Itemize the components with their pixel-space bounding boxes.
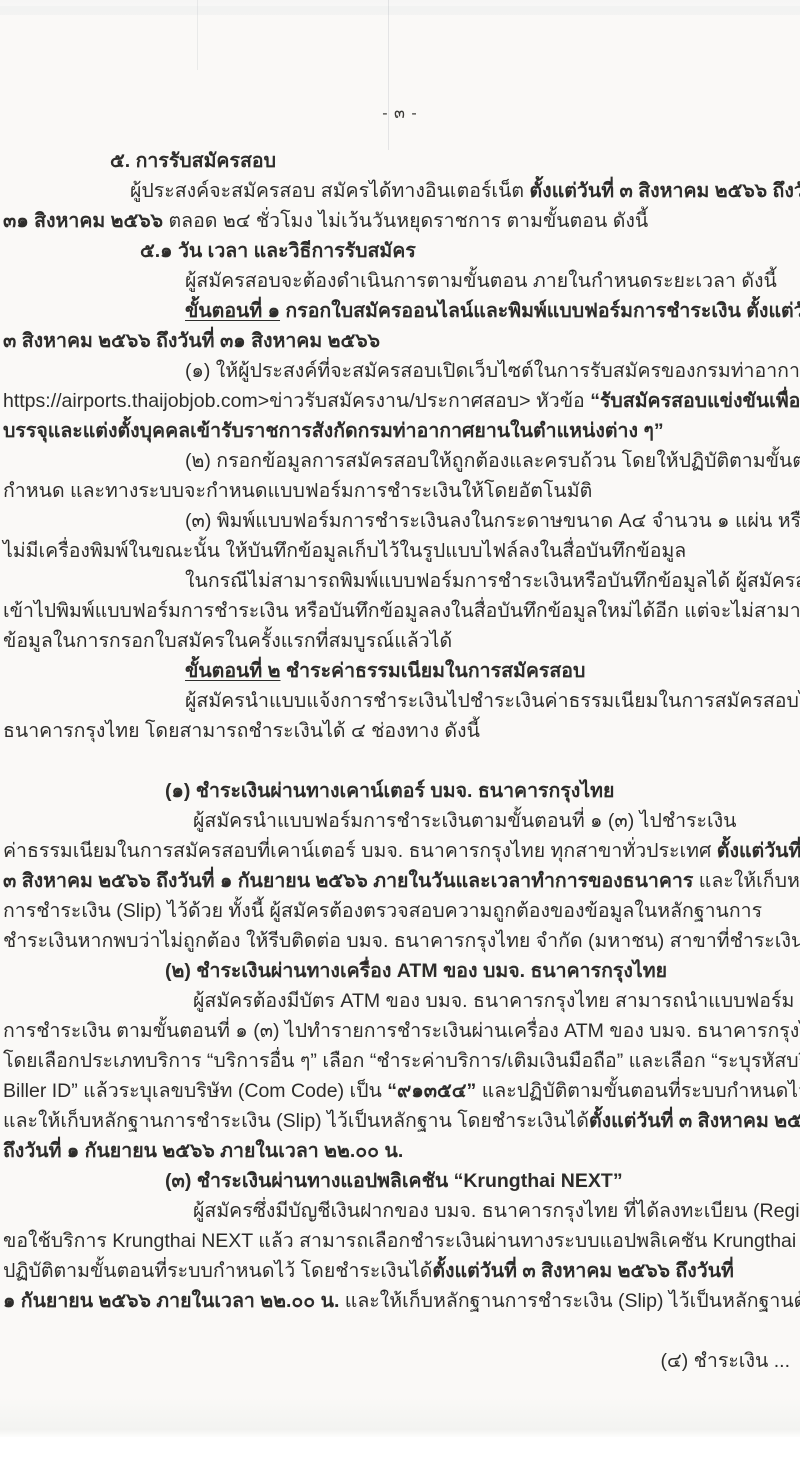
text-run: ผู้สมัครสอบจะต้องดำเนินการตามขั้นตอน ภาย… bbox=[185, 270, 777, 292]
text-line: (๓) พิมพ์แบบฟอร์มการชำระเงินลงในกระดาษขน… bbox=[0, 506, 800, 536]
document-body: ๕. การรับสมัครสอบผู้ประสงค์จะสมัครสอบ สม… bbox=[0, 146, 800, 1316]
text-run: “รับสมัครสอบแข่งขันเพื่อ bbox=[590, 390, 800, 412]
scan-artifact-fold-line bbox=[197, 0, 198, 70]
text-line: ขั้นตอนที่ ๒ ชำระค่าธรรมเนียมในการสมัครส… bbox=[0, 656, 800, 686]
scan-artifact-streak bbox=[0, 6, 800, 15]
text-line: ผู้สมัครนำแบบแจ้งการชำระเงินไปชำระเงินค่… bbox=[0, 686, 800, 716]
text-line: (๑) ให้ผู้ประสงค์ที่จะสมัครสอบเปิดเว็บไซ… bbox=[0, 356, 800, 386]
text-run: ผู้ประสงค์จะสมัครสอบ สมัครได้ทางอินเตอร์… bbox=[130, 180, 530, 202]
text-line: เข้าไปพิมพ์แบบฟอร์มการชำระเงิน หรือบันทึ… bbox=[0, 596, 800, 626]
text-line: ไม่มีเครื่องพิมพ์ในขณะนั้น ให้บันทึกข้อม… bbox=[0, 536, 800, 566]
text-line: (๒) ชำระเงินผ่านทางเครื่อง ATM ของ บมจ. … bbox=[0, 956, 800, 986]
text-line: กำหนด และทางระบบจะกำหนดแบบฟอร์มการชำระเง… bbox=[0, 476, 800, 506]
text-line: ปฏิบัติตามขั้นตอนที่ระบบกำหนดไว้ โดยชำระ… bbox=[0, 1256, 800, 1286]
text-run: ๓ สิงหาคม ๒๕๖๖ ถึงวันที่ ๑ กันยายน ๒๕๖๖ … bbox=[3, 870, 693, 892]
text-run: ผู้สมัครนำแบบแจ้งการชำระเงินไปชำระเงินค่… bbox=[185, 690, 800, 712]
text-run: ๕. การรับสมัครสอบ bbox=[110, 150, 276, 172]
text-run: ธนาคารกรุงไทย โดยสามารถชำระเงินได้ ๔ ช่อ… bbox=[3, 720, 480, 742]
text-line: ๓๑ สิงหาคม ๒๕๖๖ ตลอด ๒๔ ชั่วโมง ไม่เว้นว… bbox=[0, 206, 800, 236]
text-line: ชำระเงินหากพบว่าไม่ถูกต้อง ให้รีบติดต่อ … bbox=[0, 926, 800, 956]
text-run: การชำระเงิน (Slip) ไว้ด้วย ทั้งนี้ ผู้สม… bbox=[3, 900, 762, 922]
text-run: และให้เก็บหลักฐาน bbox=[693, 870, 800, 892]
text-run: (๓) พิมพ์แบบฟอร์มการชำระเงินลงในกระดาษขน… bbox=[185, 510, 800, 532]
text-run: และให้เก็บหลักฐานการชำระเงิน (Slip) ไว้เ… bbox=[339, 1290, 800, 1312]
text-line: ผู้สมัครสอบจะต้องดำเนินการตามขั้นตอน ภาย… bbox=[0, 266, 800, 296]
text-run: (๑) ชำระเงินผ่านทางเคาน์เตอร์ บมจ. ธนาคา… bbox=[165, 780, 614, 802]
text-line: Biller ID” แล้วระบุเลขบริษัท (Com Code) … bbox=[0, 1076, 800, 1106]
text-run: ถึงวันที่ ๑ กันยายน ๒๕๖๖ ภายในเวลา ๒๒.๐๐… bbox=[3, 1140, 403, 1162]
text-run: “๙๑๓๕๔” bbox=[387, 1080, 476, 1102]
text-run: ผู้สมัครนำแบบฟอร์มการชำระเงินตามขั้นตอนท… bbox=[193, 810, 737, 832]
text-run: กำหนด และทางระบบจะกำหนดแบบฟอร์มการชำระเง… bbox=[3, 480, 592, 502]
text-run: และให้เก็บหลักฐานการชำระเงิน (Slip) ไว้เ… bbox=[3, 1110, 589, 1132]
text-run: ตั้งแต่วันที่ ๓ สิงหาคม ๒๕๖๖ bbox=[589, 1110, 800, 1132]
text-run: ตั้งแต่วันที่ bbox=[717, 840, 800, 862]
text-line: ผู้สมัครต้องมีบัตร ATM ของ บมจ. ธนาคารกร… bbox=[0, 986, 800, 1016]
document-page: - ๓ - ๕. การรับสมัครสอบผู้ประสงค์จะสมัคร… bbox=[0, 0, 800, 1462]
text-line: การชำระเงิน (Slip) ไว้ด้วย ทั้งนี้ ผู้สม… bbox=[0, 896, 800, 926]
text-run: กรอกใบสมัครออนไลน์และพิมพ์แบบฟอร์มการชำร… bbox=[280, 300, 800, 322]
text-line: ๓ สิงหาคม ๒๕๖๖ ถึงวันที่ ๑ กันยายน ๒๕๖๖ … bbox=[0, 866, 800, 896]
text-run: ปฏิบัติตามขั้นตอนที่ระบบกำหนดไว้ โดยชำระ… bbox=[3, 1260, 432, 1282]
text-line: ขอใช้บริการ Krungthai NEXT แล้ว สามารถเล… bbox=[0, 1226, 800, 1256]
text-run: ขอใช้บริการ Krungthai NEXT แล้ว สามารถเล… bbox=[3, 1230, 800, 1252]
text-run: ๕.๑ วัน เวลา และวิธีการรับสมัคร bbox=[140, 240, 416, 262]
continuation-note: (๔) ชำระเงิน ... bbox=[661, 1346, 790, 1376]
text-run: Biller ID” แล้วระบุเลขบริษัท (Com Code) … bbox=[3, 1080, 387, 1102]
text-run: ตั้งแต่วันที่ ๓ สิงหาคม ๒๕๖๖ ถึงวันที่ bbox=[432, 1260, 734, 1282]
text-run: ขั้นตอนที่ ๑ bbox=[185, 300, 280, 322]
text-run: ผู้สมัครต้องมีบัตร ATM ของ บมจ. ธนาคารกร… bbox=[193, 990, 794, 1012]
text-run: บรรจุและแต่งตั้งบุคคลเข้ารับราชการสังกัด… bbox=[3, 420, 664, 442]
text-line: ขั้นตอนที่ ๑ กรอกใบสมัครออนไลน์และพิมพ์แ… bbox=[0, 296, 800, 326]
text-line: ผู้สมัครนำแบบฟอร์มการชำระเงินตามขั้นตอนท… bbox=[0, 806, 800, 836]
text-line: โดยเลือกประเภทบริการ “บริการอื่น ๆ” เลือ… bbox=[0, 1046, 800, 1076]
text-line: (๓) ชำระเงินผ่านทางแอปพลิเคชัน “Krungtha… bbox=[0, 1166, 800, 1196]
text-run: (๒) กรอกข้อมูลการสมัครสอบให้ถูกต้องและคร… bbox=[185, 450, 800, 472]
text-line: ผู้สมัครซึ่งมีบัญชีเงินฝากของ บมจ. ธนาคา… bbox=[0, 1196, 800, 1226]
text-run: (๑) ให้ผู้ประสงค์ที่จะสมัครสอบเปิดเว็บไซ… bbox=[185, 360, 800, 382]
text-line: ๑ กันยายน ๒๕๖๖ ภายในเวลา ๒๒.๐๐ น. และให้… bbox=[0, 1286, 800, 1316]
text-line: https://airports.thaijobjob.com>ข่าวรับส… bbox=[0, 386, 800, 416]
scan-artifact-fold-line bbox=[388, 0, 389, 150]
text-line: และให้เก็บหลักฐานการชำระเงิน (Slip) ไว้เ… bbox=[0, 1106, 800, 1136]
text-line: ค่าธรรมเนียมในการสมัครสอบที่เคาน์เตอร์ บ… bbox=[0, 836, 800, 866]
text-run: ค่าธรรมเนียมในการสมัครสอบที่เคาน์เตอร์ บ… bbox=[3, 840, 717, 862]
page-number: - ๓ - bbox=[0, 101, 800, 126]
text-run: ข้อมูลในการกรอกใบสมัครในครั้งแรกที่สมบูร… bbox=[3, 630, 452, 652]
text-line: (๒) กรอกข้อมูลการสมัครสอบให้ถูกต้องและคร… bbox=[0, 446, 800, 476]
text-line: บรรจุและแต่งตั้งบุคคลเข้ารับราชการสังกัด… bbox=[0, 416, 800, 446]
text-run: โดยเลือกประเภทบริการ “บริการอื่น ๆ” เลือ… bbox=[3, 1050, 800, 1072]
text-line: ถึงวันที่ ๑ กันยายน ๒๕๖๖ ภายในเวลา ๒๒.๐๐… bbox=[0, 1136, 800, 1166]
text-run: https://airports.thaijobjob.com>ข่าวรับส… bbox=[3, 390, 590, 412]
text-line: ผู้ประสงค์จะสมัครสอบ สมัครได้ทางอินเตอร์… bbox=[0, 176, 800, 206]
text-run: ตั้งแต่วันที่ ๓ สิงหาคม ๒๕๖๖ ถึงวันที่ bbox=[530, 180, 800, 202]
text-line: การชำระเงิน ตามขั้นตอนที่ ๑ (๓) ไปทำรายก… bbox=[0, 1016, 800, 1046]
text-run: และปฏิบัติตามขั้นตอนที่ระบบกำหนดไว้ bbox=[476, 1080, 800, 1102]
text-run: ไม่มีเครื่องพิมพ์ในขณะนั้น ให้บันทึกข้อม… bbox=[3, 540, 686, 562]
text-run: (๒) ชำระเงินผ่านทางเครื่อง ATM ของ บมจ. … bbox=[165, 960, 667, 982]
text-run: ๑ กันยายน ๒๕๖๖ ภายในเวลา ๒๒.๐๐ น. bbox=[3, 1290, 339, 1312]
text-line: ๕.๑ วัน เวลา และวิธีการรับสมัคร bbox=[0, 236, 800, 266]
text-run: (๓) ชำระเงินผ่านทางแอปพลิเคชัน “Krungtha… bbox=[165, 1170, 623, 1192]
text-line: ข้อมูลในการกรอกใบสมัครในครั้งแรกที่สมบูร… bbox=[0, 626, 800, 656]
text-run: เข้าไปพิมพ์แบบฟอร์มการชำระเงิน หรือบันทึ… bbox=[3, 600, 800, 622]
text-run: ผู้สมัครซึ่งมีบัญชีเงินฝากของ บมจ. ธนาคา… bbox=[193, 1200, 800, 1222]
text-line: ๓ สิงหาคม ๒๕๖๖ ถึงวันที่ ๓๑ สิงหาคม ๒๕๖๖ bbox=[0, 326, 800, 356]
text-run: ๓ สิงหาคม ๒๕๖๖ ถึงวันที่ ๓๑ สิงหาคม ๒๕๖๖ bbox=[3, 330, 380, 352]
text-line: ธนาคารกรุงไทย โดยสามารถชำระเงินได้ ๔ ช่อ… bbox=[0, 716, 800, 746]
text-run: ๓๑ สิงหาคม ๒๕๖๖ bbox=[3, 210, 163, 232]
text-line: ในกรณีไม่สามารถพิมพ์แบบฟอร์มการชำระเงินห… bbox=[0, 566, 800, 596]
text-line: ๕. การรับสมัครสอบ bbox=[0, 146, 800, 176]
text-run: ตลอด ๒๔ ชั่วโมง ไม่เว้นวันหยุดราชการ ตาม… bbox=[163, 210, 648, 232]
text-run: ชำระค่าธรรมเนียมในการสมัครสอบ bbox=[281, 660, 586, 682]
text-run: ขั้นตอนที่ ๒ bbox=[185, 660, 281, 682]
text-run: การชำระเงิน ตามขั้นตอนที่ ๑ (๓) ไปทำรายก… bbox=[3, 1020, 800, 1042]
text-line: (๑) ชำระเงินผ่านทางเคาน์เตอร์ บมจ. ธนาคา… bbox=[0, 776, 800, 806]
text-run: ชำระเงินหากพบว่าไม่ถูกต้อง ให้รีบติดต่อ … bbox=[3, 930, 800, 952]
text-run: ในกรณีไม่สามารถพิมพ์แบบฟอร์มการชำระเงินห… bbox=[185, 570, 800, 592]
